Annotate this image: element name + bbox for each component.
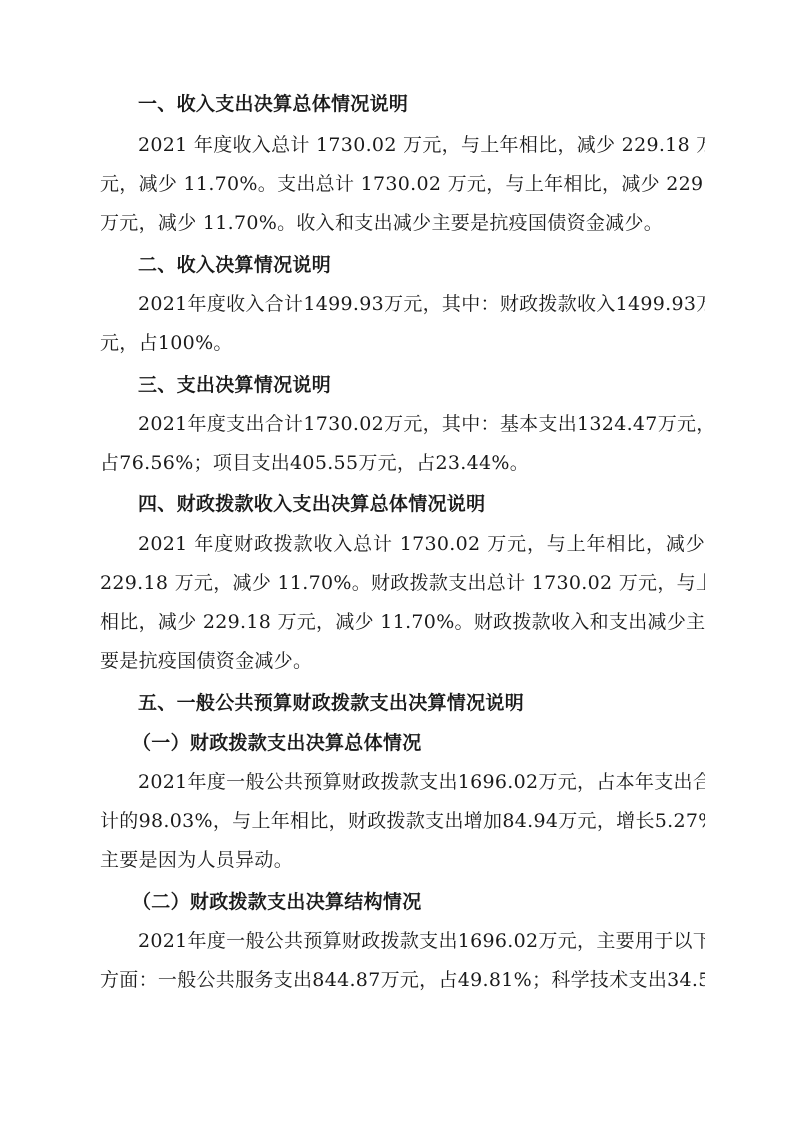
paragraph-line: 2021年度一般公共预算财政拨款支出1696.02万元，主要用于以下	[100, 929, 705, 953]
paragraph-line: 主要是因为人员异动。	[100, 848, 705, 872]
paragraph-line: 2021年度一般公共预算财政拨款支出1696.02万元，占本年支出合	[100, 770, 705, 794]
paragraph-line: 2021年度收入合计1499.93万元，其中：财政拨款收入1499.93万	[100, 292, 705, 316]
paragraph-line: 2021年度支出合计1730.02万元，其中：基本支出1324.47万元，	[100, 412, 705, 436]
paragraph-line: 占76.56%；项目支出405.55万元，占23.44%。	[100, 451, 705, 475]
paragraph-line: 要是抗疫国债资金减少。	[100, 649, 705, 673]
paragraph-line: 元，占100%。	[100, 331, 705, 355]
section-heading-5: 五、一般公共预算财政拨款支出决算情况说明	[100, 691, 705, 715]
paragraph-line: 万元，减少 11.70%。收入和支出减少主要是抗疫国债资金减少。	[100, 211, 705, 235]
paragraph-line: 方面：一般公共服务支出844.87万元，占49.81%；科学技术支出34.57	[100, 968, 705, 992]
section-heading-1: 一、收入支出决算总体情况说明	[100, 92, 705, 116]
paragraph-line: 元，减少 11.70%。支出总计 1730.02 万元，与上年相比，减少 229…	[100, 172, 705, 196]
section-heading-2: 二、收入决算情况说明	[100, 253, 705, 277]
paragraph-line: 2021 年度收入总计 1730.02 万元，与上年相比，减少 229.18 万	[100, 133, 705, 157]
paragraph-line: 计的98.03%，与上年相比，财政拨款支出增加84.94万元，增长5.27%，	[100, 809, 705, 833]
section-heading-4: 四、财政拨款收入支出决算总体情况说明	[100, 492, 705, 516]
paragraph-line: 229.18 万元，减少 11.70%。财政拨款支出总计 1730.02 万元，…	[100, 571, 705, 595]
document-page: 一、收入支出决算总体情况说明 2021 年度收入总计 1730.02 万元，与上…	[0, 0, 794, 1122]
subsection-heading-2: （二）财政拨款支出决算结构情况	[100, 890, 705, 914]
subsection-heading-1: （一）财政拨款支出决算总体情况	[100, 731, 705, 755]
paragraph-line: 相比，减少 229.18 万元，减少 11.70%。财政拨款收入和支出减少主	[100, 610, 705, 634]
section-heading-3: 三、支出决算情况说明	[100, 373, 705, 397]
paragraph-line: 2021 年度财政拨款收入总计 1730.02 万元，与上年相比，减少	[100, 532, 705, 556]
